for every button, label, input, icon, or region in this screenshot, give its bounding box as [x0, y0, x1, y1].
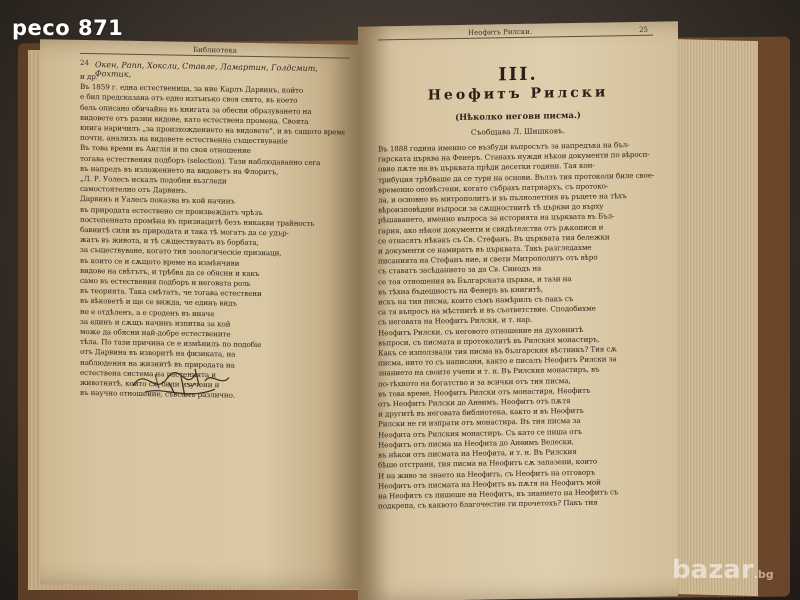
right-running-head: Неофитъ Рилски. 25	[378, 26, 648, 31]
bazar-watermark-text: bazar	[672, 555, 754, 585]
left-page: Библиотека 24 Окен, Рапп, Хоксли, Ставле…	[40, 39, 360, 590]
seller-watermark: peco 871	[12, 16, 123, 40]
right-page-number: 25	[639, 26, 648, 34]
left-page-body: и др. Въ 1859 г. една естественица, за н…	[80, 72, 345, 403]
right-page: Неофитъ Рилски. 25 III. Неофитъ Рилски (…	[358, 21, 678, 600]
bazar-watermark: bazar.bg	[672, 555, 774, 585]
right-running-title: Неофитъ Рилски.	[468, 28, 532, 37]
handwritten-sketch-icon	[125, 356, 235, 408]
chapter-subtitle: (Нѣколко негови писма.)	[358, 109, 678, 125]
left-page-number: 24	[80, 59, 89, 67]
bazar-watermark-suffix: .bg	[754, 568, 774, 581]
right-page-stack	[668, 39, 758, 596]
open-book: Библиотека 24 Окен, Рапп, Хоксли, Ставле…	[18, 10, 778, 595]
right-page-body: Въ 1888 година именно се възбуди въпросъ…	[378, 140, 656, 512]
chapter-byline: Съобщава Л. Шишковъ.	[358, 124, 678, 139]
